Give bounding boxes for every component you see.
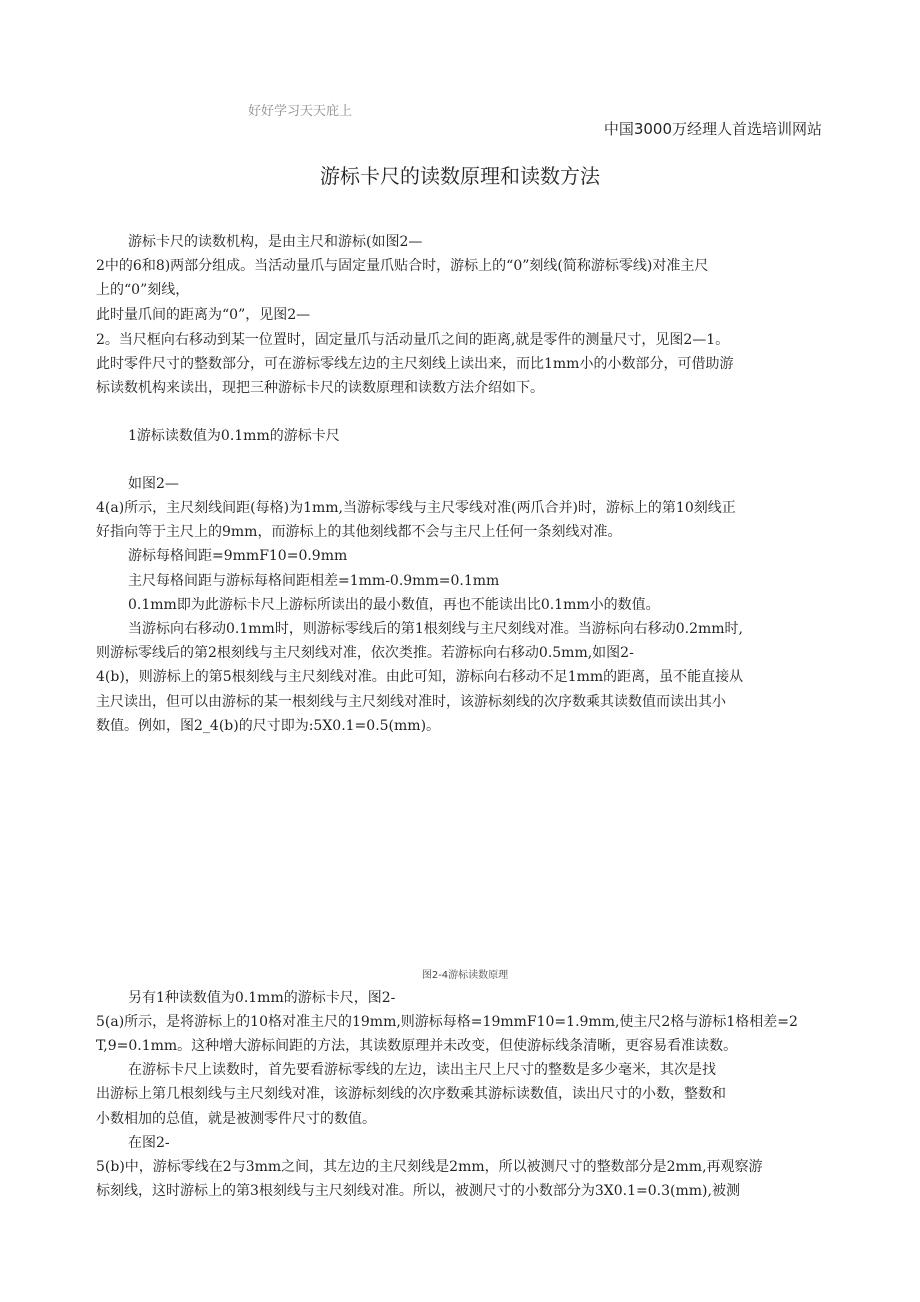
paragraph-line: 主尺每格间距与游标每格间距相差=1mm-0.9mm=0.1mm <box>128 571 499 591</box>
paragraph-line: 4(a)所示，主尺刻线间距(每格)为1mm,当游标零线与主尺零线对准(两爪合并)… <box>96 498 736 518</box>
figure-caption: 图2-4游标读数原理 <box>0 966 920 981</box>
document-title: 游标卡尺的读数原理和读数方法 <box>0 160 920 189</box>
paragraph-line: 标读数机构来读出，现把三种游标卡尺的读数原理和读数方法介绍如下。 <box>96 378 544 398</box>
paragraph-line: 游标每格间距=9mmF10=0.9mm <box>128 546 347 566</box>
paragraph-line: 数值。例如，图2_4(b)的尺寸即为:5X0.1=0.5(mm)。 <box>96 716 440 736</box>
paragraph-line: 如图2— <box>128 474 179 494</box>
paragraph-line: 另有1种读数值为0.1mm的游标卡尺，图2- <box>128 988 395 1008</box>
paragraph-line: 在图2- <box>128 1133 170 1153</box>
paragraph-line: 游标卡尺的读数机构，是由主尺和游标(如图2— <box>128 232 422 252</box>
paragraph-line: 标刻线，这时游标上的第3根刻线与主尺刻线对准。所以，被测尺寸的小数部分为3X0.… <box>96 1181 740 1201</box>
paragraph-line: 主尺读出，但可以由游标的某一根刻线与主尺刻线对准时，该游标刻线的次序数乘其读数值… <box>96 692 726 712</box>
paragraph-line: 2中的6和8)两部分组成。当活动量爪与固定量爪贴合时，游标上的“0”刻线(简称游… <box>96 256 708 276</box>
paragraph-line: 则游标零线后的第2根刻线与主尺刻线对准，依次类推。若游标向右移动0.5mm,如图… <box>96 643 634 663</box>
paragraph-line: 上的“0”刻线， <box>96 280 189 300</box>
paragraph-line: 此时零件尺寸的整数部分，可在游标零线左边的主尺刻线上读出来，而比1mm小的小数部… <box>96 354 733 374</box>
paragraph-line: 5(b)中，游标零线在2与3mm之间，其左边的主尺刻线是2mm，所以被测尺寸的整… <box>96 1157 763 1177</box>
paragraph-line: T,9=0.1mm。这种增大游标间距的方法，其读数原理并未改变，但使游标线条清晰… <box>96 1036 737 1056</box>
paragraph-line: 1游标读数值为0.1mm的游标卡尺 <box>128 426 340 446</box>
paragraph-line: 出游标上第几根刻线与主尺刻线对准，该游标刻线的次序数乘其游标读数值，读出尺寸的小… <box>96 1084 726 1104</box>
paragraph-line: 在游标卡尺上读数时，首先要看游标零线的左边，读出主尺上尺寸的整数是多少毫米，其次… <box>128 1060 716 1080</box>
paragraph-line: 好指向等于主尺上的9mm，而游标上的其他刻线都不会与主尺上任何一条刻线对准。 <box>96 522 621 542</box>
paragraph-line: 当游标向右移动0.1mm时，则游标零线后的第1根刻线与主尺刻线对准。当游标向右移… <box>128 619 743 639</box>
paragraph-line: 4(b)，则游标上的第5根刻线与主尺刻线对准。由此可知，游标向右移动不足1mm的… <box>96 667 743 687</box>
paragraph-line: 0.1mm即为此游标卡尺上游标所读出的最小数值，再也不能读出比0.1mm小的数值… <box>128 595 660 615</box>
paragraph-line: 5(a)所示，是将游标上的10格对准主尺的19mm,则游标每格=19mmF10=… <box>96 1012 798 1032</box>
paragraph-line: 2。当尺框向右移动到某一位置时，固定量爪与活动量爪之间的距离,就是零件的测量尺寸… <box>96 330 729 350</box>
watermark-text: 好好学习天天庇上 <box>248 100 352 119</box>
paragraph-line: 小数相加的总值，就是被测零件尺寸的数值。 <box>96 1109 376 1129</box>
site-tagline: 中国3000万经理人首选培训网站 <box>604 118 822 139</box>
paragraph-line: 此时量爪间的距离为“0”，见图2— <box>96 305 310 325</box>
